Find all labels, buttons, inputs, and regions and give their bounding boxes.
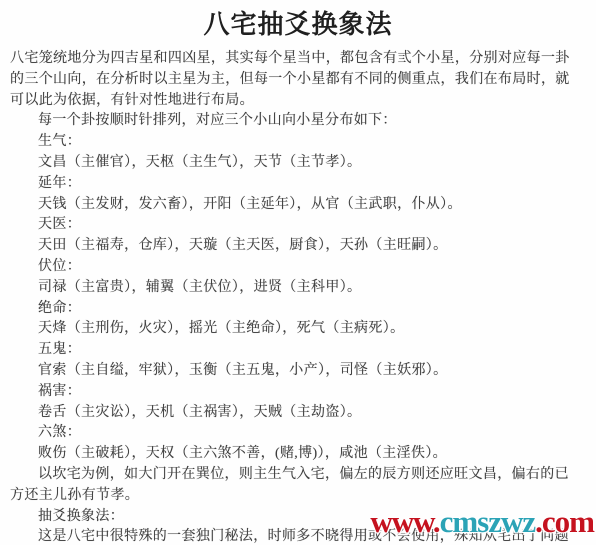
- text-line-section-heading: 祸害：: [10, 382, 586, 403]
- text-line-section-heading: 五鬼：: [10, 340, 586, 361]
- text-line: 天钱（主发财，发六畜），开阳（主延年），从官（主武职，仆从）。: [10, 195, 586, 216]
- text-line: 天烽（主刑伤，火灾），摇光（主绝命），死气（主病死）。: [10, 319, 586, 340]
- text-line-section-heading: 生气：: [10, 132, 586, 153]
- text-line: 司禄（主富贵），辅翼（主伏位），进贤（主科甲）。: [10, 278, 586, 299]
- text-line-section-heading: 天医：: [10, 215, 586, 236]
- text-line: 的三个山向，在分析时以主星为主，但每一个小星都有不同的侧重点，我们在布局时，就: [10, 70, 586, 91]
- text-line: 官索（主自缢，牢狱），玉衡（主五鬼，小产），司怪（主妖邪）。: [10, 361, 586, 382]
- watermark-suffix: .com: [535, 504, 594, 539]
- watermark-domain: cmszwz: [440, 504, 536, 539]
- text-line: 八宅笼统地分为四吉星和四凶星，其实每个星当中，都包含有弎个小星，分别对应每一卦: [10, 49, 586, 70]
- text-line-section-heading: 六煞：: [10, 423, 586, 444]
- text-line-section-heading: 绝命：: [10, 299, 586, 320]
- document-body: 八宅笼统地分为四吉星和四凶星，其实每个星当中，都包含有弎个小星，分别对应每一卦 …: [0, 49, 596, 545]
- text-line: 每一个卦按顺时针排列，对应三个小山向小星分布如下：: [10, 111, 586, 132]
- text-line-section-heading: 延年：: [10, 174, 586, 195]
- text-line: 可以此为依据，有针对性地进行布局。: [10, 91, 586, 112]
- watermark-prefix: www.: [370, 504, 439, 539]
- text-line: 文昌（主催官），天枢（主生气），天节（主节孝）。: [10, 153, 586, 174]
- site-watermark: www.cmszwz.com: [370, 505, 594, 538]
- text-line: 卷舌（主灾讼），天机（主祸害），天贼（主劫盗）。: [10, 403, 586, 424]
- text-line: 天田（主福寿，仓库），天璇（主天医，厨食），天孙（主旺嗣）。: [10, 236, 586, 257]
- page-title: 八宅抽爻换象法: [0, 0, 596, 41]
- text-line: 败伤（主破耗），天权（主六煞不善，(赌,博)），咸池（主淫佚）。: [10, 444, 586, 465]
- text-line-section-heading: 伏位：: [10, 257, 586, 278]
- scanned-document-page: 八宅抽爻换象法 八宅笼统地分为四吉星和四凶星，其实每个星当中，都包含有弎个小星，…: [0, 0, 596, 545]
- text-line: 以坎宅为例，如大门开在巽位，则主生气入宅，偏左的辰方则还应旺文昌，偏右的已: [10, 465, 586, 486]
